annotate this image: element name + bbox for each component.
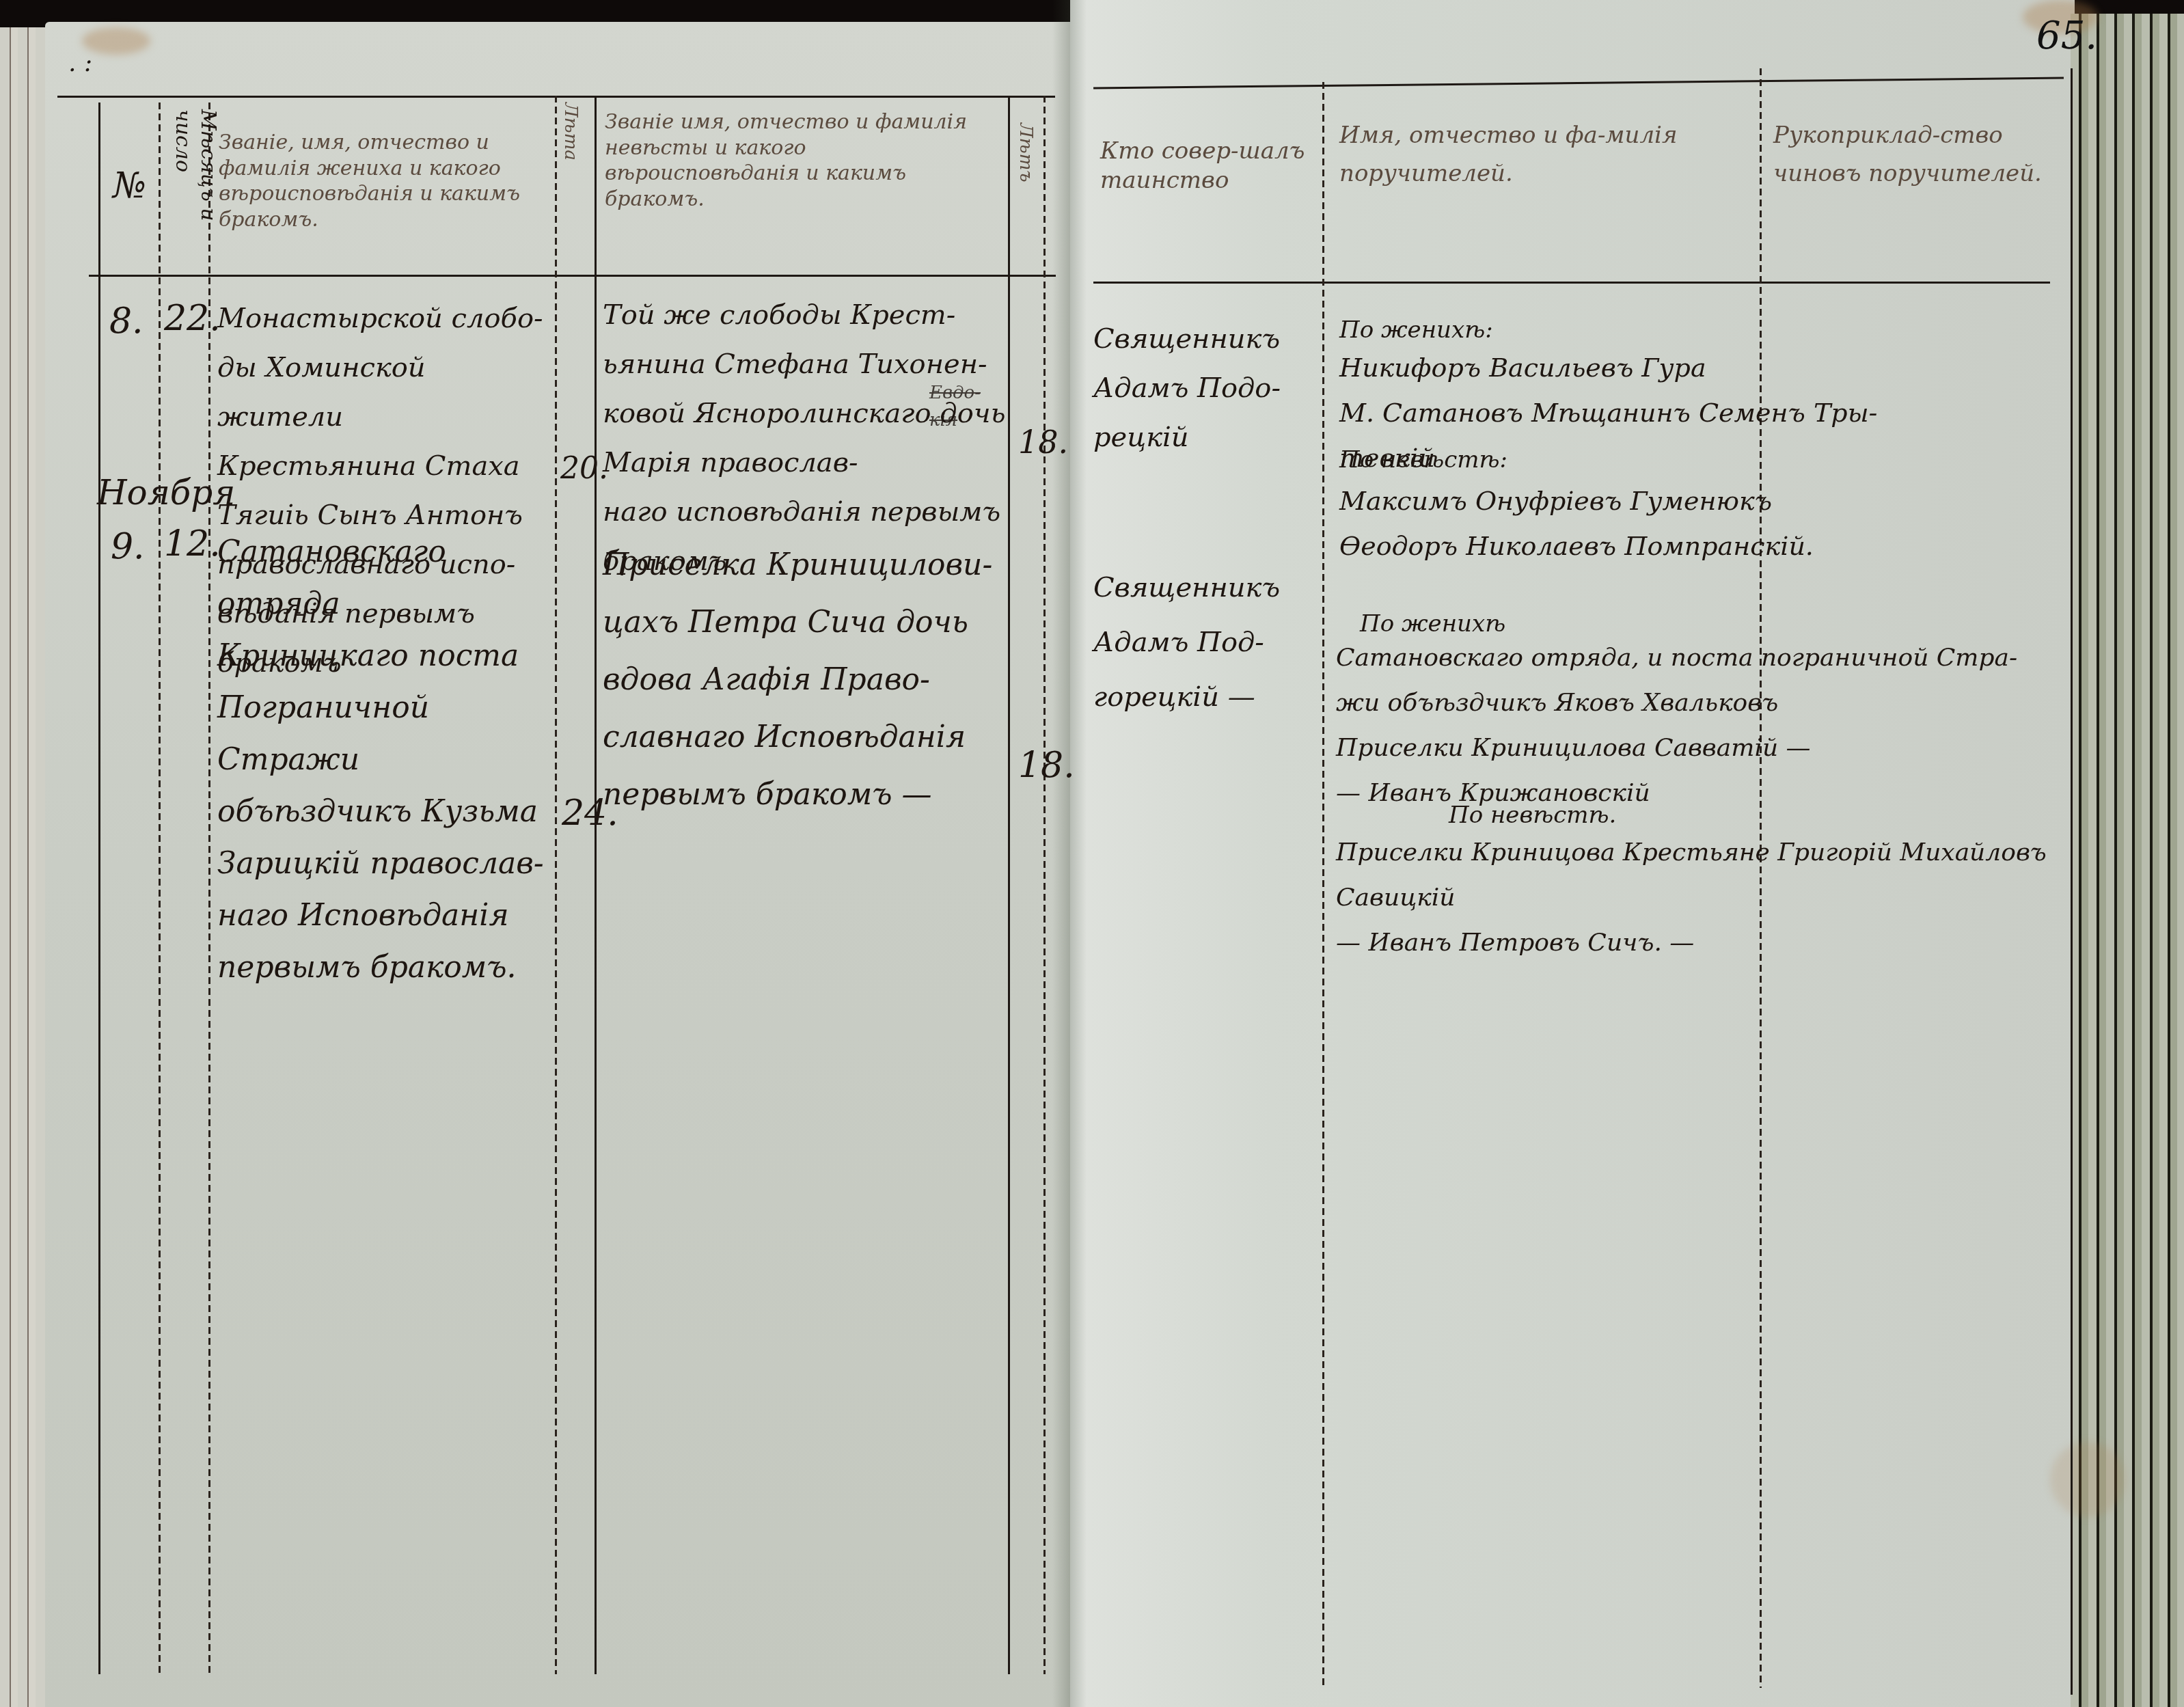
header-bride-age: Лѣтъ: [1014, 123, 1037, 226]
column-rule: [1322, 82, 1324, 1688]
witnesses-bride: Максимъ Онуфріевъ Гуменюкъ Ѳеодоръ Никол…: [1339, 478, 2064, 569]
entry-day: 22.: [164, 298, 221, 339]
header-officiant: Кто совер-шалъ таинство: [1100, 137, 1312, 195]
column-rule: [98, 103, 100, 1674]
header-bottom-rule: [1093, 282, 2050, 284]
entry-number: 8.: [109, 301, 144, 342]
header-groom-age: Лѣта: [559, 103, 582, 185]
header-number: №: [113, 164, 146, 208]
witnesses-bride: Приселки Криницова Крестьяне Григорій Ми…: [1336, 830, 2067, 966]
officiant: Священникъ Адамъ Под- горецкій —: [1093, 560, 1326, 724]
entry-day: 12.: [164, 523, 221, 564]
paper-stain: [2050, 1442, 2125, 1517]
column-rule: [1043, 96, 1046, 1674]
corner-marks: . :: [68, 48, 92, 79]
header-witnesses: Имя, отчество и фа-милія поручителей.: [1339, 116, 1749, 193]
header-groom: Званіе, имя, отчество и фамилія жениха и…: [219, 130, 540, 232]
column-rule: [2071, 68, 2073, 1695]
book-gutter: [1052, 0, 1087, 1707]
page-number: 65.: [2036, 14, 2097, 58]
groom-age: 20.: [560, 451, 608, 486]
bride-details: Приселка Криницилови- цахъ Петра Сича до…: [603, 536, 1006, 823]
entry-number: 9.: [111, 526, 145, 567]
witnesses-bride-label: По невѣстѣ:: [1339, 437, 1681, 482]
groom-details: Сатановскаго отряда Криницкаго поста Пог…: [217, 526, 566, 994]
bride-age: 18.: [1018, 424, 1068, 461]
bride-age: 18.: [1018, 745, 1075, 786]
header-signature: Рукоприклад-ство чиновъ поручителей.: [1773, 116, 2060, 193]
header-bride: Званіе имя, отчество и фамилія невѣсты и…: [605, 109, 1001, 212]
column-rule: [595, 96, 597, 1674]
header-bottom-rule: [89, 275, 1056, 277]
column-rule: [159, 103, 161, 1674]
struck-word: Евдо- кія: [929, 379, 1005, 434]
witnesses-groom: Сатановскаго отряда, и поста пограничной…: [1336, 636, 2067, 816]
month-marker: Ноября: [97, 472, 235, 515]
open-register-book: . : 65. № Мѣсяцъ и число Званіе, имя, от…: [0, 0, 2184, 1707]
officiant: Священникъ Адамъ Подо- рецкій: [1093, 314, 1319, 462]
column-rule: [1008, 96, 1010, 1674]
header-month-day: Мѣсяцъ и число: [169, 109, 221, 267]
